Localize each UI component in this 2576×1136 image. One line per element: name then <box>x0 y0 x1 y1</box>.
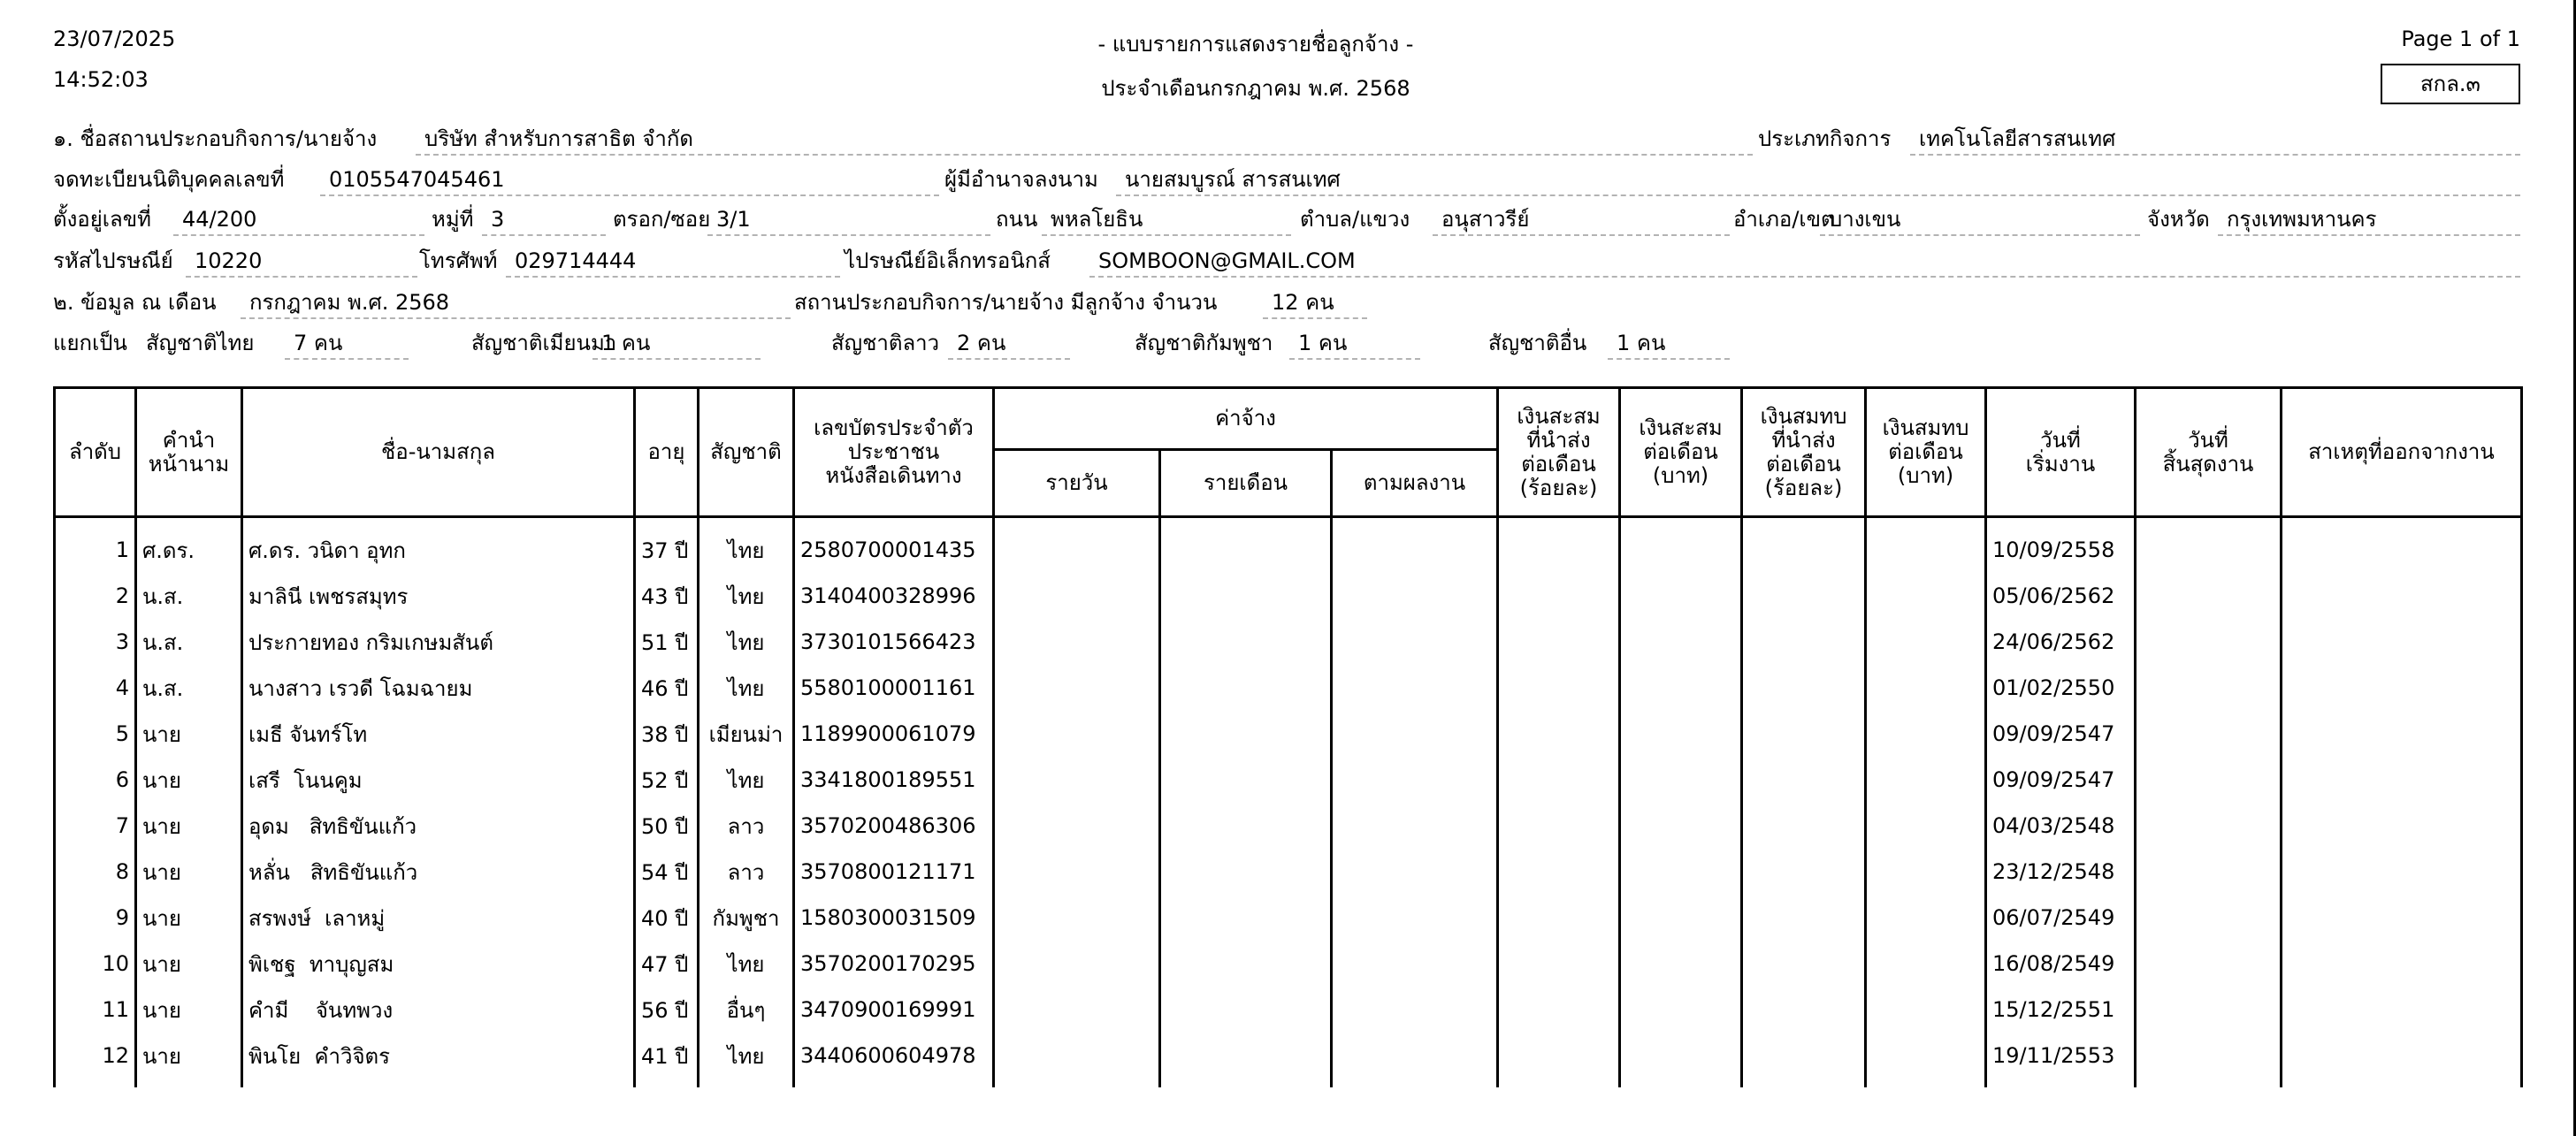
cell-nationality: เมียนม่า <box>699 711 794 757</box>
cell-age: 38 ปี <box>635 711 699 757</box>
district-field: บางเขน <box>1820 206 2140 236</box>
cell-start-date: 10/09/2558 <box>1986 517 2136 574</box>
cell-seq: 4 <box>55 665 136 711</box>
employee-count-label: สถานประกอบกิจการ/นายจ้าง มีลูกจ้าง จำนวน <box>794 289 1217 316</box>
cell-fund-baht <box>1620 895 1742 941</box>
filler-cell <box>1498 1079 1620 1087</box>
cell-fund-percent <box>1498 849 1620 895</box>
cell-contrib-percent <box>1742 941 1866 987</box>
cell-wage-monthly <box>1160 987 1332 1033</box>
data-month-field: กรกฎาคม พ.ศ. 2568 <box>241 289 791 319</box>
email-label: ไปรษณีย์อิเล็กทรอนิกส์ <box>845 248 1051 274</box>
header-prefix: คำนำหน้านาม <box>136 388 242 517</box>
thai-nationality-field: 7 คน <box>285 330 409 360</box>
province-field: กรุงเทพมหานคร <box>2218 206 2520 236</box>
cell-nationality: กัมพูชา <box>699 895 794 941</box>
cell-fund-baht <box>1620 1033 1742 1079</box>
other-nationality-field: 1 คน <box>1608 330 1730 360</box>
phone-label: โทรศัพท์ <box>419 248 497 274</box>
cell-fund-baht <box>1620 803 1742 849</box>
cell-wage-monthly <box>1160 895 1332 941</box>
cell-wage-piece <box>1332 987 1498 1033</box>
cell-wage-monthly <box>1160 517 1332 574</box>
cell-fund-baht <box>1620 757 1742 803</box>
cell-end-date <box>2136 987 2282 1033</box>
filler-cell <box>1742 1079 1866 1087</box>
cell-id-number: 3570800121171 <box>794 849 994 895</box>
cell-seq: 10 <box>55 941 136 987</box>
table-row: 11นายคำมี จันทพวง56 ปีอื่นๆ3470900169991… <box>55 987 2522 1033</box>
header-wage-monthly: รายเดือน <box>1160 450 1332 517</box>
cell-id-number: 3730101566423 <box>794 619 994 665</box>
report-title: - แบบรายการแสดงรายชื่อลูกจ้าง - <box>0 27 2511 61</box>
cell-prefix: นาย <box>136 803 242 849</box>
header-seq: ลำดับ <box>55 388 136 517</box>
cell-prefix: นาย <box>136 941 242 987</box>
cell-seq: 11 <box>55 987 136 1033</box>
cell-start-date: 23/12/2548 <box>1986 849 2136 895</box>
filler-cell <box>1986 1079 2136 1087</box>
cell-contrib-percent <box>1742 803 1866 849</box>
filler-cell <box>136 1079 242 1087</box>
cambodia-nationality-field: 1 คน <box>1289 330 1420 360</box>
cell-wage-monthly <box>1160 757 1332 803</box>
cell-wage-daily <box>994 895 1160 941</box>
cell-contrib-baht <box>1866 619 1986 665</box>
cell-prefix: นาย <box>136 711 242 757</box>
cell-nationality: ไทย <box>699 757 794 803</box>
filler-cell <box>55 1079 136 1087</box>
email-field: SOMBOON@GMAIL.COM <box>1089 248 2520 278</box>
cell-nationality: ลาว <box>699 803 794 849</box>
cell-wage-monthly <box>1160 849 1332 895</box>
other-nationality-label: สัญชาติอื่น <box>1488 330 1586 356</box>
business-type-label: ประเภทกิจการ <box>1758 126 1891 152</box>
cell-wage-daily <box>994 1033 1160 1079</box>
myanmar-nationality-field: 1 คน <box>592 330 761 360</box>
filler-cell <box>1620 1079 1742 1087</box>
postcode-field: 10220 <box>186 248 417 278</box>
table-row: 12นายพินโย คำวิจิตร41 ปีไทย3440600604978… <box>55 1033 2522 1079</box>
cell-start-date: 05/06/2562 <box>1986 573 2136 619</box>
cell-wage-piece <box>1332 757 1498 803</box>
cell-end-date <box>2136 757 2282 803</box>
cell-contrib-percent <box>1742 619 1866 665</box>
cell-seq: 6 <box>55 757 136 803</box>
cell-fund-baht <box>1620 941 1742 987</box>
cell-leave-reason <box>2282 573 2522 619</box>
cell-contrib-percent <box>1742 711 1866 757</box>
cell-end-date <box>2136 619 2282 665</box>
table-row: 2น.ส.มาลินี เพชรสมุทร43 ปีไทย31404003289… <box>55 573 2522 619</box>
cell-end-date <box>2136 803 2282 849</box>
cell-end-date <box>2136 711 2282 757</box>
cell-fund-baht <box>1620 711 1742 757</box>
cell-wage-daily <box>994 517 1160 574</box>
cell-nationality: ไทย <box>699 517 794 574</box>
registration-number-label: จดทะเบียนนิติบุคคลเลขที่ <box>53 166 284 193</box>
cell-seq: 9 <box>55 895 136 941</box>
cell-leave-reason <box>2282 711 2522 757</box>
cell-wage-daily <box>994 573 1160 619</box>
cell-id-number: 3341800189551 <box>794 757 994 803</box>
cell-end-date <box>2136 573 2282 619</box>
header-contrib-percent: เงินสมทบที่นำส่งต่อเดือน(ร้อยละ) <box>1742 388 1866 517</box>
cell-contrib-baht <box>1866 803 1986 849</box>
cell-fund-percent <box>1498 757 1620 803</box>
cell-id-number: 3440600604978 <box>794 1033 994 1079</box>
cell-contrib-baht <box>1866 895 1986 941</box>
cell-wage-piece <box>1332 941 1498 987</box>
report-subtitle: ประจำเดือนกรกฎาคม พ.ศ. 2568 <box>0 71 2511 105</box>
header-wage-daily: รายวัน <box>994 450 1160 517</box>
phone-field: 029714444 <box>506 248 840 278</box>
cell-fund-percent <box>1498 803 1620 849</box>
cell-start-date: 15/12/2551 <box>1986 987 2136 1033</box>
employee-table-body: 1ศ.ดร.ศ.ดร. วนิดา อุทก37 ปีไทย2580700001… <box>55 517 2522 1088</box>
business-type-field: เทคโนโลยีสารสนเทศ <box>1910 126 2520 156</box>
cell-end-date <box>2136 849 2282 895</box>
cell-name: นางสาว เรวดี โฉมฉายม <box>242 665 635 711</box>
cambodia-nationality-label: สัญชาติกัมพูชา <box>1135 330 1273 356</box>
cell-contrib-baht <box>1866 987 1986 1033</box>
cell-fund-baht <box>1620 619 1742 665</box>
cell-age: 43 ปี <box>635 573 699 619</box>
cell-id-number: 1189900061079 <box>794 711 994 757</box>
header-age: อายุ <box>635 388 699 517</box>
cell-contrib-baht <box>1866 757 1986 803</box>
cell-age: 37 ปี <box>635 517 699 574</box>
cell-wage-daily <box>994 849 1160 895</box>
cell-name: อุดม สิทธิขันแก้ว <box>242 803 635 849</box>
cell-prefix: ศ.ดร. <box>136 517 242 574</box>
cell-wage-piece <box>1332 665 1498 711</box>
cell-start-date: 09/09/2547 <box>1986 711 2136 757</box>
cell-age: 51 ปี <box>635 619 699 665</box>
filler-cell <box>242 1079 635 1087</box>
cell-wage-piece <box>1332 1033 1498 1079</box>
cell-end-date <box>2136 517 2282 574</box>
road-label: ถนน <box>996 206 1037 233</box>
cell-wage-daily <box>994 665 1160 711</box>
cell-name: คำมี จันทพวง <box>242 987 635 1033</box>
cell-seq: 8 <box>55 849 136 895</box>
cell-start-date: 01/02/2550 <box>1986 665 2136 711</box>
cell-wage-piece <box>1332 517 1498 574</box>
cell-age: 40 ปี <box>635 895 699 941</box>
header-end-date: วันที่สิ้นสุดงาน <box>2136 388 2282 517</box>
cell-nationality: อื่นๆ <box>699 987 794 1033</box>
cell-age: 47 ปี <box>635 941 699 987</box>
header-fund-percent: เงินสะสมที่นำส่งต่อเดือน(ร้อยละ) <box>1498 388 1620 517</box>
signatory-label: ผู้มีอำนาจลงนาม <box>944 166 1098 193</box>
cell-age: 52 ปี <box>635 757 699 803</box>
cell-prefix: นาย <box>136 757 242 803</box>
table-row: 3น.ส.ประกายทอง กริมเกษมสันต์51 ปีไทย3730… <box>55 619 2522 665</box>
cell-id-number: 3570200170295 <box>794 941 994 987</box>
cell-age: 54 ปี <box>635 849 699 895</box>
cell-contrib-percent <box>1742 987 1866 1033</box>
cell-contrib-baht <box>1866 517 1986 574</box>
filler-cell <box>2136 1079 2282 1087</box>
cell-fund-percent <box>1498 619 1620 665</box>
cell-prefix: นาย <box>136 1033 242 1079</box>
data-month-label: ๒. ข้อมูล ณ เดือน <box>53 289 217 316</box>
cell-fund-percent <box>1498 895 1620 941</box>
cell-wage-daily <box>994 987 1160 1033</box>
moo-label: หมู่ที่ <box>432 206 473 233</box>
moo-field: 3 <box>482 206 606 236</box>
cell-name: เสรี โนนคูม <box>242 757 635 803</box>
province-label: จังหวัด <box>2147 206 2210 233</box>
filler-cell <box>2282 1079 2522 1087</box>
cell-id-number: 3570200486306 <box>794 803 994 849</box>
cell-name: ศ.ดร. วนิดา อุทก <box>242 517 635 574</box>
filler-cell <box>1866 1079 1986 1087</box>
cell-wage-piece <box>1332 573 1498 619</box>
cell-leave-reason <box>2282 1033 2522 1079</box>
cell-prefix: น.ส. <box>136 665 242 711</box>
page-indicator: Page 1 of 1 <box>2401 27 2520 51</box>
cell-contrib-percent <box>1742 573 1866 619</box>
cell-prefix: นาย <box>136 987 242 1033</box>
table-filler-row <box>55 1079 2522 1087</box>
table-row: 9นายสรพงษ์ เลาหมู่40 ปีกัมพูชา1580300031… <box>55 895 2522 941</box>
header-wage: ค่าจ้าง <box>994 388 1498 450</box>
cell-wage-monthly <box>1160 803 1332 849</box>
cell-contrib-baht <box>1866 941 1986 987</box>
cell-seq: 12 <box>55 1033 136 1079</box>
cell-wage-daily <box>994 711 1160 757</box>
cell-seq: 3 <box>55 619 136 665</box>
cell-fund-baht <box>1620 517 1742 574</box>
cell-contrib-baht <box>1866 573 1986 619</box>
header-fund-baht: เงินสะสมต่อเดือน(บาท) <box>1620 388 1742 517</box>
cell-name: พิเชฐ ทาบุญสม <box>242 941 635 987</box>
signatory-field: นายสมบูรณ์ สารสนเทศ <box>1116 166 2520 196</box>
header-name: ชื่อ-นามสกุล <box>242 388 635 517</box>
postcode-label: รหัสไปรษณีย์ <box>53 248 173 274</box>
cell-prefix: นาย <box>136 895 242 941</box>
lao-nationality-field: 2 คน <box>948 330 1070 360</box>
cell-leave-reason <box>2282 665 2522 711</box>
cell-leave-reason <box>2282 517 2522 574</box>
cell-fund-baht <box>1620 849 1742 895</box>
cell-contrib-percent <box>1742 1033 1866 1079</box>
filler-cell <box>1160 1079 1332 1087</box>
cell-wage-monthly <box>1160 941 1332 987</box>
cell-start-date: 04/03/2548 <box>1986 803 2136 849</box>
cell-fund-percent <box>1498 711 1620 757</box>
cell-wage-monthly <box>1160 1033 1332 1079</box>
cell-id-number: 1580300031509 <box>794 895 994 941</box>
cell-end-date <box>2136 665 2282 711</box>
cell-id-number: 5580100001161 <box>794 665 994 711</box>
cell-fund-percent <box>1498 1033 1620 1079</box>
cell-seq: 5 <box>55 711 136 757</box>
form-code-box: สกล.๓ <box>2381 64 2520 104</box>
cell-nationality: ไทย <box>699 619 794 665</box>
cell-contrib-baht <box>1866 849 1986 895</box>
cell-name: หลั่น สิทธิขันแก้ว <box>242 849 635 895</box>
cell-nationality: ไทย <box>699 665 794 711</box>
cell-nationality: ไทย <box>699 573 794 619</box>
cell-seq: 2 <box>55 573 136 619</box>
cell-start-date: 16/08/2549 <box>1986 941 2136 987</box>
header-wage-piece: ตามผลงาน <box>1332 450 1498 517</box>
lao-nationality-label: สัญชาติลาว <box>831 330 939 356</box>
cell-contrib-percent <box>1742 757 1866 803</box>
cell-end-date <box>2136 1033 2282 1079</box>
breakdown-label: แยกเป็น <box>53 330 127 356</box>
table-row: 6นายเสรี โนนคูม52 ปีไทย334180018955109/0… <box>55 757 2522 803</box>
cell-start-date: 09/09/2547 <box>1986 757 2136 803</box>
cell-leave-reason <box>2282 987 2522 1033</box>
registration-number-field: 0105547045461 <box>320 166 939 196</box>
address-number-label: ตั้งอยู่เลขที่ <box>53 206 151 233</box>
table-row: 5นายเมธี จันทร์โท38 ปีเมียนม่า1189900061… <box>55 711 2522 757</box>
header-id-number: เลขบัตรประจำตัวประชาชนหนังสือเดินทาง <box>794 388 994 517</box>
road-field: พหลโยธิน <box>1042 206 1291 236</box>
cell-leave-reason <box>2282 757 2522 803</box>
cell-nationality: ลาว <box>699 849 794 895</box>
table-row: 1ศ.ดร.ศ.ดร. วนิดา อุทก37 ปีไทย2580700001… <box>55 517 2522 574</box>
cell-nationality: ไทย <box>699 941 794 987</box>
cell-contrib-percent <box>1742 849 1866 895</box>
cell-fund-percent <box>1498 517 1620 574</box>
cell-id-number: 2580700001435 <box>794 517 994 574</box>
cell-wage-piece <box>1332 895 1498 941</box>
cell-wage-daily <box>994 941 1160 987</box>
table-row: 10นายพิเชฐ ทาบุญสม47 ปีไทย35702001702951… <box>55 941 2522 987</box>
soi-label: ตรอก/ซอย <box>613 206 710 233</box>
cell-fund-baht <box>1620 573 1742 619</box>
employer-name-field: บริษัท สำหรับการสาธิต จำกัด <box>416 126 1753 156</box>
cell-wage-monthly <box>1160 619 1332 665</box>
thai-nationality-label: สัญชาติไทย <box>146 330 254 356</box>
header-nationality: สัญชาติ <box>699 388 794 517</box>
cell-age: 41 ปี <box>635 1033 699 1079</box>
cell-end-date <box>2136 895 2282 941</box>
cell-leave-reason <box>2282 849 2522 895</box>
cell-wage-daily <box>994 619 1160 665</box>
cell-contrib-percent <box>1742 895 1866 941</box>
cell-wage-piece <box>1332 619 1498 665</box>
table-row: 8นายหลั่น สิทธิขันแก้ว54 ปีลาว3570800121… <box>55 849 2522 895</box>
cell-age: 56 ปี <box>635 987 699 1033</box>
filler-cell <box>635 1079 699 1087</box>
table-row: 7นายอุดม สิทธิขันแก้ว50 ปีลาว35702004863… <box>55 803 2522 849</box>
cell-leave-reason <box>2282 895 2522 941</box>
cell-id-number: 3470900169991 <box>794 987 994 1033</box>
cell-wage-piece <box>1332 803 1498 849</box>
cell-fund-baht <box>1620 987 1742 1033</box>
cell-age: 46 ปี <box>635 665 699 711</box>
cell-wage-piece <box>1332 711 1498 757</box>
cell-wage-monthly <box>1160 665 1332 711</box>
cell-seq: 7 <box>55 803 136 849</box>
table-row: 4น.ส.นางสาว เรวดี โฉมฉายม46 ปีไทย5580100… <box>55 665 2522 711</box>
cell-prefix: นาย <box>136 849 242 895</box>
cell-end-date <box>2136 941 2282 987</box>
cell-wage-daily <box>994 803 1160 849</box>
cell-name: สรพงษ์ เลาหมู่ <box>242 895 635 941</box>
cell-nationality: ไทย <box>699 1033 794 1079</box>
cell-fund-percent <box>1498 941 1620 987</box>
cell-start-date: 19/11/2553 <box>1986 1033 2136 1079</box>
cell-id-number: 3140400328996 <box>794 573 994 619</box>
cell-start-date: 24/06/2562 <box>1986 619 2136 665</box>
employee-table: ลำดับ คำนำหน้านาม ชื่อ-นามสกุล อายุ สัญช… <box>53 386 2523 1087</box>
header-leave-reason: สาเหตุที่ออกจากงาน <box>2282 388 2522 517</box>
soi-field: 3/1 <box>707 206 990 236</box>
employee-count-field: 12 คน <box>1263 289 1367 319</box>
cell-contrib-baht <box>1866 711 1986 757</box>
cell-wage-monthly <box>1160 711 1332 757</box>
cell-start-date: 06/07/2549 <box>1986 895 2136 941</box>
filler-cell <box>794 1079 994 1087</box>
cell-leave-reason <box>2282 803 2522 849</box>
cell-contrib-baht <box>1866 665 1986 711</box>
subdistrict-label: ตำบล/แขวง <box>1300 206 1410 233</box>
cell-fund-baht <box>1620 665 1742 711</box>
cell-fund-percent <box>1498 987 1620 1033</box>
cell-name: เมธี จันทร์โท <box>242 711 635 757</box>
filler-cell <box>1332 1079 1498 1087</box>
cell-fund-percent <box>1498 665 1620 711</box>
filler-cell <box>994 1079 1160 1087</box>
cell-prefix: น.ส. <box>136 573 242 619</box>
cell-wage-piece <box>1332 849 1498 895</box>
cell-wage-monthly <box>1160 573 1332 619</box>
filler-cell <box>699 1079 794 1087</box>
header-start-date: วันที่เริ่มงาน <box>1986 388 2136 517</box>
header-contrib-baht: เงินสมทบต่อเดือน(บาท) <box>1866 388 1986 517</box>
cell-wage-daily <box>994 757 1160 803</box>
cell-name: ประกายทอง กริมเกษมสันต์ <box>242 619 635 665</box>
cell-contrib-baht <box>1866 1033 1986 1079</box>
cell-name: มาลินี เพชรสมุทร <box>242 573 635 619</box>
cell-fund-percent <box>1498 573 1620 619</box>
cell-seq: 1 <box>55 517 136 574</box>
cell-prefix: น.ส. <box>136 619 242 665</box>
cell-contrib-percent <box>1742 665 1866 711</box>
cell-contrib-percent <box>1742 517 1866 574</box>
cell-name: พินโย คำวิจิตร <box>242 1033 635 1079</box>
employer-name-label: ๑. ชื่อสถานประกอบกิจการ/นายจ้าง <box>53 126 377 152</box>
cell-leave-reason <box>2282 941 2522 987</box>
cell-age: 50 ปี <box>635 803 699 849</box>
cell-leave-reason <box>2282 619 2522 665</box>
subdistrict-field: อนุสาวรีย์ <box>1433 206 1730 236</box>
address-number-field: 44/200 <box>173 206 424 236</box>
